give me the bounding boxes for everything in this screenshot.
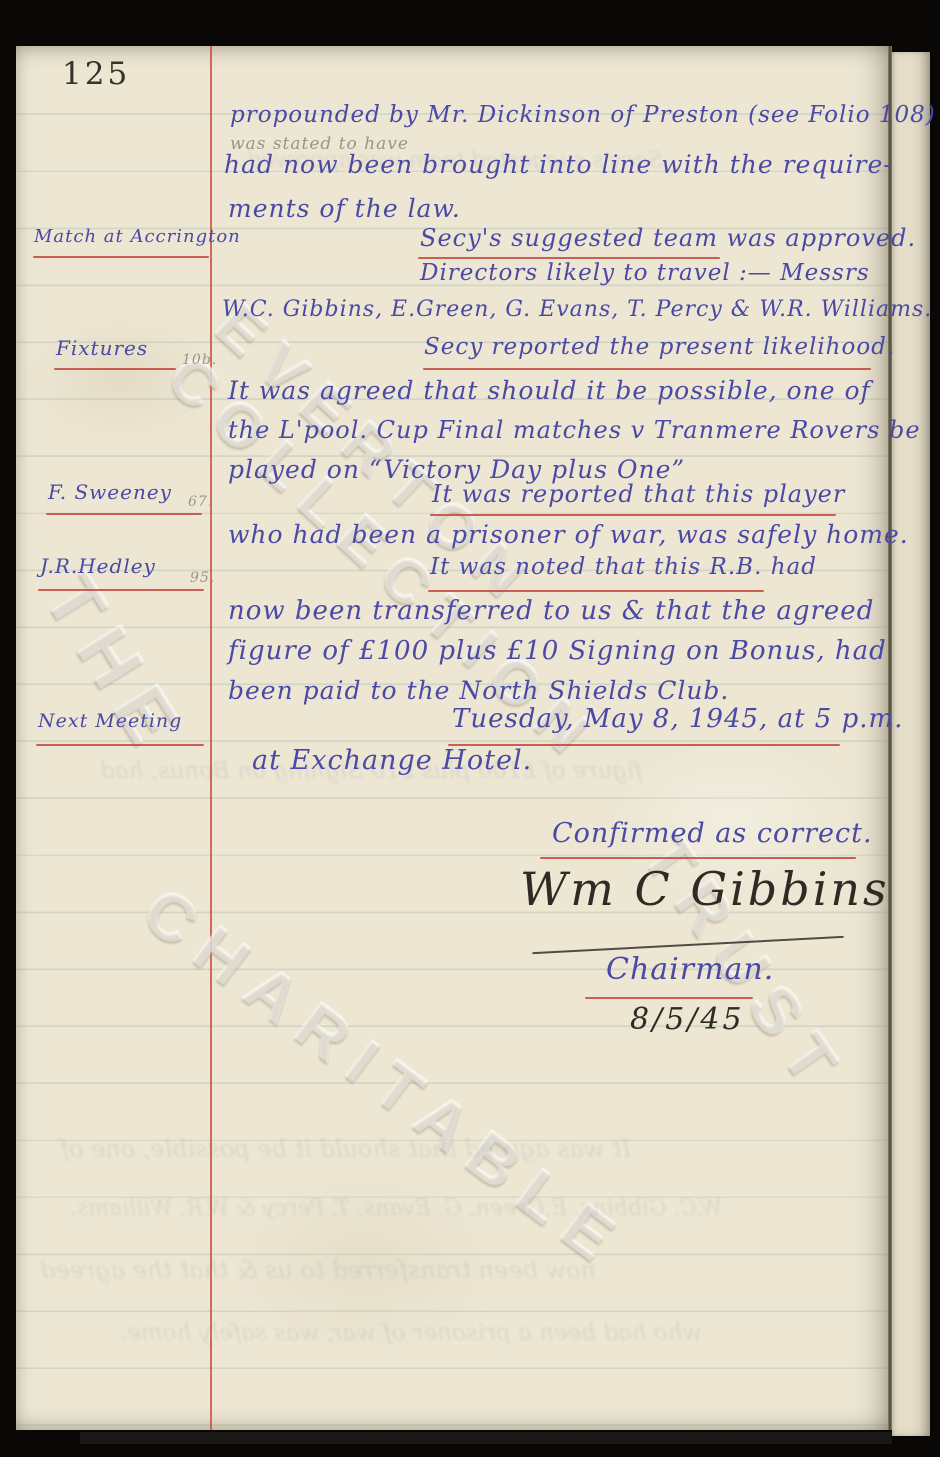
margin-heading: F. Sweeney	[48, 480, 172, 504]
handwritten-line: Tuesday, May 8, 1945, at 5 p.m.	[452, 704, 903, 734]
page-under-edge	[80, 1432, 892, 1444]
margin-heading: Match at Accrington	[34, 226, 241, 247]
handwritten-line: Secy reported the present likelihood.	[424, 334, 895, 360]
pencil-annotation: 67.	[188, 494, 213, 510]
handwritten-line: Chairman.	[606, 952, 774, 987]
red-ink-underline	[36, 744, 204, 746]
handwritten-line: at Exchange Hotel.	[252, 745, 532, 776]
handwritten-line: It was noted that this R.B. had	[430, 554, 817, 580]
red-ink-underline	[418, 257, 720, 259]
handwritten-line: had now been brought into line with the …	[224, 150, 893, 179]
red-ink-underline	[38, 589, 204, 591]
handwritten-line: propounded by Mr. Dickinson of Preston (…	[230, 102, 936, 128]
black-ink-signature: Wm C Gibbins	[520, 862, 890, 916]
handwritten-line: been paid to the North Shields Club.	[228, 676, 729, 705]
bleedthrough-ghost-text: W.C. Gibbins, E.Green, G. Evans, T. Perc…	[70, 1196, 722, 1221]
handwritten-line: now been transferred to us & that the ag…	[228, 596, 874, 626]
handwritten-line: ments of the law.	[228, 194, 461, 223]
handwritten-line: W.C. Gibbins, E.Green, G. Evans, T. Perc…	[222, 297, 932, 322]
handwritten-line: Confirmed as correct.	[552, 818, 873, 849]
red-margin-rule	[210, 46, 212, 1430]
handwritten-line: figure of £100 plus £10 Signing on Bonus…	[228, 636, 887, 666]
bleedthrough-ghost-text: now been transferred to us & that the ag…	[40, 1256, 596, 1284]
pencil-annotation: 10b.	[182, 352, 217, 368]
bleedthrough-ghost-text: who had been a prisoner of war, was safe…	[120, 1320, 702, 1346]
red-ink-underline	[423, 368, 871, 370]
pencil-annotation: 95.	[190, 570, 215, 586]
red-ink-underline	[585, 997, 753, 999]
binding-seam	[888, 46, 892, 1430]
red-ink-underline	[540, 857, 856, 859]
red-ink-underline	[428, 590, 764, 592]
handwritten-line: It was reported that this player	[432, 480, 845, 508]
scanned-minute-book-page: 125 THEEVERTON COLLECTIONCHARITABLETRUST…	[0, 0, 940, 1457]
margin-heading: Fixtures	[56, 336, 148, 360]
red-ink-underline	[33, 256, 209, 258]
red-ink-underline	[430, 514, 836, 516]
black-ink-signature: 8/5/45	[630, 1002, 745, 1037]
margin-heading: Next Meeting	[38, 710, 182, 732]
handwritten-line: Secy's suggested team was approved.	[420, 224, 916, 252]
margin-heading: J.R.Hedley	[40, 554, 156, 578]
bleedthrough-ghost-text: It was agreed that should it be possible…	[60, 1135, 631, 1163]
handwritten-line: Directors likely to travel :— Messrs	[420, 260, 870, 286]
red-ink-underline	[54, 368, 176, 370]
page-number: 125	[62, 56, 130, 92]
red-ink-underline	[46, 513, 202, 515]
handwritten-line: the L'pool. Cup Final matches v Tranmere…	[228, 416, 921, 444]
handwritten-line: who had been a prisoner of war, was safe…	[228, 520, 909, 549]
handwritten-line: It was agreed that should it be possible…	[228, 376, 871, 405]
adjacent-page-edge	[892, 52, 930, 1436]
